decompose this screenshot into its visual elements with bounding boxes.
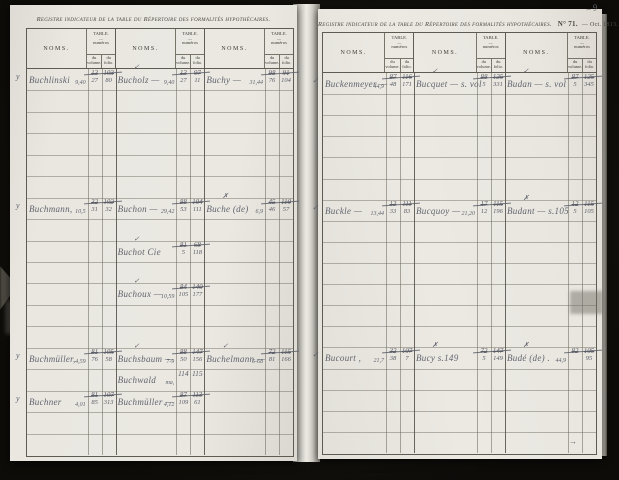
corrected-volume-folio: 5118 [176, 249, 204, 256]
row-line [27, 262, 293, 263]
margin-check-mark: y [16, 201, 20, 210]
column-line [582, 73, 583, 453]
entry-note: 9,40 [75, 80, 86, 86]
entry-note: 31,44 [249, 80, 263, 86]
row-line [323, 432, 596, 433]
crossed-volume-folio: 45110 [265, 198, 293, 206]
group-line [414, 73, 415, 453]
margin-check-mark: y [16, 394, 20, 403]
ledger-entry: Buchwaldma, [118, 370, 175, 388]
ledger-entry: ✗Buche (de)6,9 [206, 199, 263, 217]
ledger-entry: ✓Buchsbaum —7-9 [118, 349, 175, 367]
column-line [386, 73, 387, 453]
du-folio-header: du folio. [191, 55, 204, 68]
margin-check-mark: y [16, 351, 20, 360]
ledger-entry: Buchon —29,42 [118, 199, 175, 217]
ledger-entry: ✓Bucholz —9,40 [118, 70, 175, 88]
entry-numbers: 1711512196 [477, 200, 505, 215]
entry-numbers: 114115 [176, 369, 204, 378]
entry-numbers: 131113383 [386, 200, 414, 215]
row-line [323, 263, 596, 264]
crossed-volume-folio: 87116 [386, 73, 414, 81]
correction-mark: ✓ [222, 342, 228, 350]
stacked-page-edges [602, 14, 607, 456]
table-numeros-header: TABLE. — numéros du volume. du folio. [265, 29, 293, 68]
crossed-volume-folio: 88125 [477, 73, 505, 81]
ledger-entry: Buchmüller,4,59 [29, 349, 86, 367]
margin-check-mark: ✓ [312, 76, 319, 85]
entry-name: Budan — s. vol [507, 79, 566, 89]
ledger-entry: Buchner4,01 [29, 392, 86, 410]
numeros-label: numéros [87, 40, 115, 46]
group-line [505, 73, 506, 453]
noms-column-header: NOMS. [414, 33, 476, 72]
entry-note: 4,59 [75, 359, 86, 365]
row-line [27, 133, 293, 134]
corrected-volume-folio: 4657 [265, 206, 293, 213]
ledger-entry: ✗Budant — s.105 [507, 201, 566, 219]
crossed-volume-folio: 17115 [477, 200, 505, 208]
volume-folio-values: 114115 [176, 369, 204, 378]
entry-name: Buchsbaum — [118, 354, 174, 364]
table-header-row: NOMS. TABLE. — numéros du volume. du fol… [323, 33, 596, 73]
entry-name: Bucquet — s. vol [416, 79, 482, 89]
entry-numbers: 13972711 [176, 69, 204, 84]
numeros-label: numéros [385, 44, 413, 50]
crossed-volume-folio: 84140 [176, 283, 204, 291]
corrected-volume-folio: 105177 [176, 291, 204, 298]
numeros-label: numéros [176, 40, 204, 46]
header-group: NOMS. TABLE. — numéros du volume. du fol… [27, 29, 116, 68]
entry-numbers: 8110785313 [88, 391, 116, 406]
entry-name: Buchon — [118, 204, 158, 214]
du-volume-header: du volume. [385, 59, 400, 72]
du-folio-header: du folio. [583, 59, 596, 72]
row-line [323, 284, 596, 285]
entry-note: 13,44 [371, 211, 385, 217]
entry-name: Budé (de) . [507, 353, 550, 363]
corrected-volume-folio: 48171 [386, 81, 414, 88]
margin-check-mark: y [16, 72, 20, 81]
ledger-entry: ✗Bucy s.149 [416, 348, 475, 366]
corrected-volume-folio: 10961 [176, 399, 204, 406]
row-line [27, 326, 293, 327]
table-header-row: NOMS. TABLE. — numéros du volume. du fol… [27, 29, 293, 69]
row-line [27, 219, 293, 220]
row-line [323, 221, 596, 222]
ledger-entry: ✓Buchoux —10,59 [118, 284, 175, 302]
corrected-volume-folio: 3132 [88, 206, 116, 213]
ledger-left-page: Registre indicateur de la table du Réper… [10, 5, 297, 461]
crossed-volume-folio: 82105 [568, 347, 596, 355]
left-page-header: Registre indicateur de la table du Réper… [10, 16, 297, 23]
corrected-volume-folio: 81166 [265, 356, 293, 363]
numeros-label: numéros [265, 40, 293, 46]
corrected-volume-folio: 2711 [176, 77, 204, 84]
entry-note: 44,9 [556, 358, 567, 364]
ledger-entry: Buchmüller —4,12 [118, 392, 175, 410]
corrected-volume-folio: 5345 [568, 81, 596, 88]
row-line [323, 136, 596, 137]
register-number: N° 71. [554, 20, 578, 28]
du-volume-header: du volume. [87, 55, 102, 68]
entry-numbers: 811057658 [88, 348, 116, 363]
corrected-volume-folio: 7658 [88, 356, 116, 363]
scanned-photo-background: Registre indicateur de la table du Réper… [0, 0, 619, 480]
row-line [323, 326, 596, 327]
entry-numbers: 84140105177 [176, 283, 204, 298]
row-line [323, 157, 596, 158]
corrected-volume-folio: 76104 [265, 77, 293, 84]
noms-column-header: NOMS. [323, 33, 385, 72]
noms-column-header: NOMS. [27, 29, 87, 68]
crossed-volume-folio: 88147 [176, 348, 204, 356]
entry-note: 4,12 [164, 402, 175, 408]
entry-numbers: 121155105 [568, 200, 596, 215]
table-numeros-header: TABLE. — numéros du volume. du folio. [176, 29, 204, 68]
row-line [323, 411, 596, 412]
entry-name: Buchot Cie [118, 247, 161, 257]
table-numeros-header: TABLE. — numéros du volume. du folio. [477, 33, 505, 72]
corrected-volume-folio: 387 [386, 355, 414, 362]
entry-numbers: 721475149 [477, 347, 505, 362]
du-volume-header: du volume. [568, 59, 583, 72]
row-line [27, 112, 293, 113]
ledger-entry: Buchmann,10,5 [29, 199, 86, 217]
row-line [27, 434, 293, 435]
left-ledger-table: NOMS. TABLE. — numéros du volume. du fol… [26, 28, 294, 457]
correction-mark: ✓ [134, 235, 140, 243]
margin-check-mark: ✓ [312, 350, 319, 359]
crossed-volume-folio: 9891 [265, 69, 293, 77]
entry-note: 21,7 [374, 358, 385, 364]
entry-note: 9,40 [164, 80, 175, 86]
ledger-entry: ✓Buchelmann —5-68 [206, 349, 263, 367]
entry-numbers: 451104657 [265, 198, 293, 213]
entry-note: 6,9 [255, 209, 263, 215]
entry-note: 44,9 [374, 84, 385, 90]
numeros-label: numéros [477, 44, 505, 50]
du-folio-header: du folio. [280, 55, 293, 68]
correction-mark: ✗ [432, 341, 438, 349]
crossed-volume-folio: 1397 [176, 69, 204, 77]
group-line [116, 69, 117, 455]
entry-note: 5-68 [252, 359, 263, 365]
corrected-volume-folio: 5105 [568, 208, 596, 215]
entry-name: Buchoux — [118, 289, 162, 299]
ledger-entry: ✓Budan — s. vol [507, 74, 566, 92]
row-line [323, 305, 596, 306]
row-line [27, 305, 293, 306]
row-line [323, 179, 596, 180]
du-volume-header: du volume. [477, 59, 492, 72]
table-numeros-header: TABLE. — numéros du volume. du folio. [568, 33, 596, 72]
entry-numbers: 81685118 [176, 241, 204, 256]
numeros-label: numéros [568, 44, 596, 50]
column-line [568, 73, 569, 453]
crossed-volume-folio: 87113 [176, 391, 204, 399]
row-line [27, 155, 293, 156]
crossed-volume-folio: 13111 [386, 200, 414, 208]
du-folio-header: du folio. [492, 59, 505, 72]
crossed-volume-folio: 87125 [568, 73, 596, 81]
ledger-entry: ✓Buchot Cie [118, 242, 175, 260]
entry-name: Buchy — [206, 75, 241, 85]
du-folio-header: du folio. [102, 55, 115, 68]
crossed-volume-folio: 88104 [176, 198, 204, 206]
column-line [279, 69, 280, 455]
handwritten-arrow: → [569, 437, 577, 446]
entry-name: Budant — s.105 [507, 206, 569, 216]
entry-name: Buche (de) [206, 204, 248, 214]
entry-name: Buchlinski [29, 75, 70, 85]
correction-mark: ✓ [432, 67, 438, 75]
entry-name: Buchner [29, 397, 62, 407]
row-line [27, 90, 293, 91]
entry-note: 4,01 [75, 402, 86, 408]
ledger-right-page: Registre indicateur de la table du Réper… [318, 9, 602, 459]
noms-column-header: NOMS. [116, 29, 176, 68]
column-line [265, 69, 266, 455]
du-folio-header: du folio. [401, 59, 414, 72]
ink-smudge [570, 291, 603, 314]
correction-mark: ✓ [134, 63, 140, 71]
group-line [204, 69, 205, 455]
du-volume-header: du volume. [176, 55, 191, 68]
margin-check-mark: ✓ [312, 203, 319, 212]
entry-note: 10,5 [75, 209, 86, 215]
entry-name: Buckle — [325, 206, 362, 216]
entry-numbers: 989176104 [265, 69, 293, 84]
crossed-volume-folio: 8168 [176, 241, 204, 249]
correction-mark: ✗ [523, 341, 529, 349]
entry-note: 29,42 [161, 209, 175, 215]
du-volume-header: du volume. [265, 55, 280, 68]
correction-mark: ✓ [523, 67, 529, 75]
column-line [491, 73, 492, 453]
table-body: Buchlinski9,40131032780✓Bucholz —9,40139… [27, 69, 293, 455]
entry-numbers: 8711648171 [386, 73, 414, 88]
correction-mark: ✗ [222, 192, 228, 200]
crossed-volume-folio: 81107 [88, 391, 116, 399]
crossed-volume-folio: 12115 [568, 200, 596, 208]
entry-name: Bucquoy — [416, 206, 460, 216]
crossed-volume-folio: 81105 [88, 348, 116, 356]
entry-note: 10,59 [161, 294, 175, 300]
row-line [27, 412, 293, 413]
corrected-volume-folio: 5331 [477, 81, 505, 88]
row-line [323, 369, 596, 370]
ledger-entry: ✗Budé (de) .44,9 [507, 348, 566, 366]
row-line [323, 94, 596, 95]
table-body: Buckenmeyer —44,98711648171✓Bucquet — s.… [323, 73, 596, 453]
right-page-header: Registre indicateur de la table du Réper… [318, 20, 602, 28]
entry-note: ma, [165, 380, 174, 386]
row-line [323, 390, 596, 391]
entry-name: Bucy s.149 [416, 353, 459, 363]
corrected-volume-folio: 53111 [176, 206, 204, 213]
crossed-volume-folio: 13103 [88, 69, 116, 77]
entry-numbers: 8814750156 [176, 348, 204, 363]
entry-numbers: 881255331 [477, 73, 505, 88]
ledger-entry: Bucourt ,21,7 [325, 348, 384, 366]
corrected-volume-folio: 50156 [176, 356, 204, 363]
corrected-volume-folio: 85313 [88, 399, 116, 406]
column-line [400, 73, 401, 453]
ledger-entry: Bucquoy —21,20 [416, 201, 475, 219]
corrected-volume-folio: 12196 [477, 208, 505, 215]
register-date: — Oct. 1813. [580, 22, 618, 28]
table-numeros-header: TABLE. — numéros du volume. du folio. [385, 33, 413, 72]
crossed-volume-folio: 32102 [88, 198, 116, 206]
right-page-title: Registre indicateur de la table du Réper… [318, 21, 552, 28]
entry-name: Bucourt , [325, 353, 361, 363]
header-group: NOMS. TABLE. — numéros du volume. du fol… [116, 29, 205, 68]
header-group: NOMS. TABLE. — numéros du volume. du fol… [323, 33, 414, 72]
crossed-volume-folio: 32107 [386, 347, 414, 355]
correction-mark: ✓ [134, 342, 140, 350]
entry-numbers: 8810453111 [176, 198, 204, 213]
correction-mark: ✓ [134, 277, 140, 285]
corrected-volume-folio: 3383 [386, 208, 414, 215]
entry-numbers: 8210595 [568, 347, 596, 362]
correction-mark: ✗ [523, 194, 529, 202]
entry-numbers: 7211581166 [265, 348, 293, 363]
corrected-volume-folio: 5149 [477, 355, 505, 362]
row-line [323, 242, 596, 243]
entry-numbers: 131032780 [88, 69, 116, 84]
entry-numbers: 871255345 [568, 73, 596, 88]
header-group: NOMS. TABLE. — numéros du volume. du fol… [414, 33, 505, 72]
entry-name: Bucholz — [118, 75, 160, 85]
ledger-entry: ✓Bucquet — s. vol [416, 74, 475, 92]
table-numeros-header: TABLE. — numéros du volume. du folio. [87, 29, 115, 68]
ledger-entry: Buchy —31,44 [206, 70, 263, 88]
noms-column-header: NOMS. [205, 29, 265, 68]
header-group: NOMS. TABLE. — numéros du volume. du fol… [205, 29, 293, 68]
crossed-volume-folio: 72115 [265, 348, 293, 356]
ledger-entry: Buchlinski9,40 [29, 70, 86, 88]
entry-name: Buchmüller, [29, 354, 76, 364]
entry-numbers: 321023132 [88, 198, 116, 213]
ledger-entry: Buckenmeyer —44,9 [325, 74, 384, 92]
corrected-volume-folio: 95 [568, 355, 596, 362]
crossed-volume-folio: 72147 [477, 347, 505, 355]
entry-numbers: 8711310961 [176, 391, 204, 406]
row-line [323, 115, 596, 116]
ledger-entry: Buckle —13,44 [325, 201, 384, 219]
right-ledger-table: NOMS. TABLE. — numéros du volume. du fol… [322, 32, 597, 455]
entry-name: Buchmann, [29, 204, 72, 214]
left-page-title: Registre indicateur de la table du Réper… [37, 16, 271, 23]
column-line [477, 73, 478, 453]
entry-note: 21,20 [462, 211, 476, 217]
noms-column-header: NOMS. [506, 33, 568, 72]
corrected-volume-folio: 2780 [88, 77, 116, 84]
header-group: NOMS. TABLE. — numéros du volume. du fol… [506, 33, 596, 72]
row-line [27, 176, 293, 177]
entry-note: 7-9 [166, 359, 174, 365]
entry-numbers: 32107387 [386, 347, 414, 362]
entry-name: Buchwald [118, 375, 156, 385]
